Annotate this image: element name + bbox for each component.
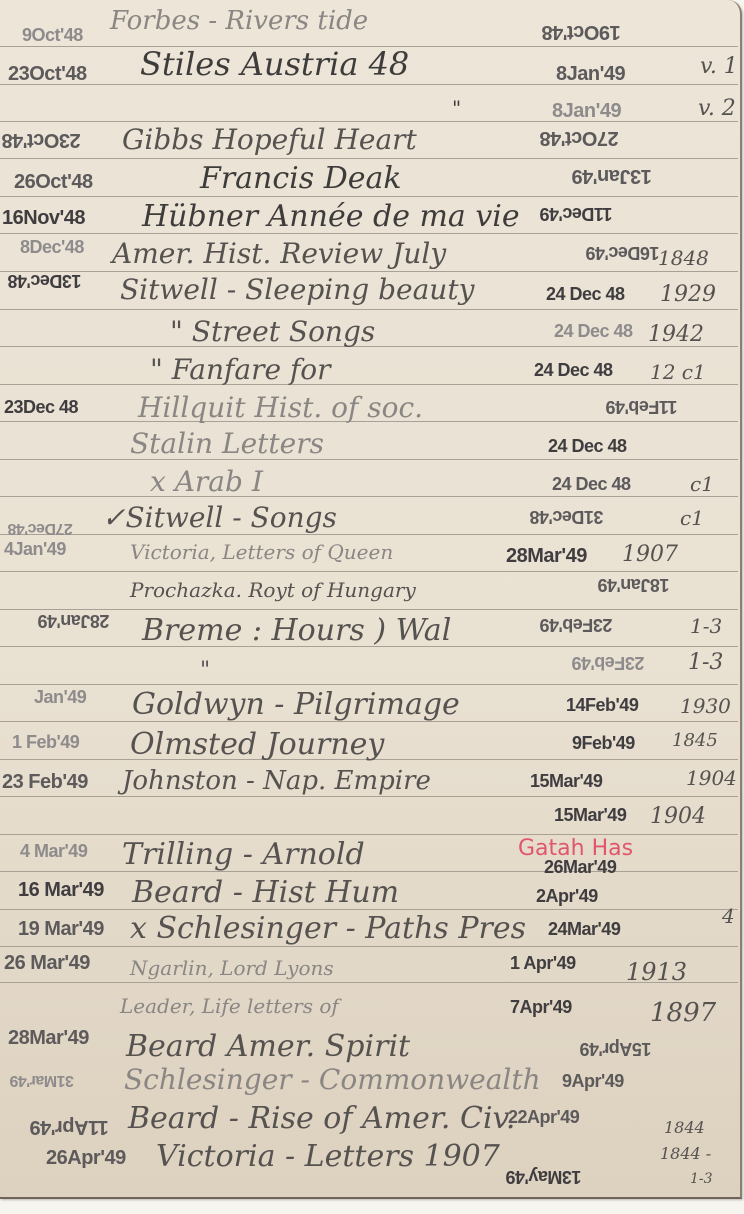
margin-note: v. 2	[698, 98, 736, 120]
right-date-stamp: 16Dec'49	[586, 244, 659, 262]
handwritten-title-entry: Prochazka. Royt of Hungary	[130, 580, 416, 600]
right-date-stamp: 13Jan'49	[572, 166, 652, 186]
margin-note: 1942	[648, 324, 704, 346]
handwritten-title-entry: Forbes - Rivers tide	[110, 8, 368, 34]
right-date-stamp: 13May'49	[506, 1168, 581, 1186]
left-date-stamp: 11Apr'49	[30, 1117, 109, 1137]
handwritten-title-entry: Breme : Hours ) Wal	[142, 616, 451, 646]
right-date-stamp: 22Apr'49	[508, 1108, 579, 1126]
right-date-stamp: 9Apr'49	[562, 1072, 624, 1090]
right-date-stamp: 11Dec'49	[540, 205, 612, 223]
left-date-stamp: 31Mar'49	[10, 1072, 74, 1088]
left-date-stamp: 1 Feb'49	[12, 733, 79, 751]
loan-record-card: 9Oct'4823Oct'4823Oct'4826Oct'4816Nov'488…	[0, 0, 742, 1199]
left-date-stamp: 16 Mar'49	[18, 880, 104, 900]
right-date-stamp: 24Mar'49	[548, 920, 620, 938]
margin-note: c1	[680, 508, 704, 528]
right-date-stamp: 15Mar'49	[554, 806, 626, 824]
margin-note: 1-3	[690, 616, 722, 636]
red-pencil-annotation: Gatah Has	[518, 838, 633, 860]
handwritten-title-entry: Goldwyn - Pilgrimage	[132, 690, 460, 720]
rule-line	[0, 121, 738, 122]
left-date-stamp: 13Dec'48	[8, 272, 81, 290]
left-date-stamp: 4 Mar'49	[20, 842, 87, 860]
handwritten-title-entry: Stalin Letters	[130, 430, 324, 458]
rule-line	[0, 871, 738, 872]
rule-line	[0, 196, 738, 197]
handwritten-title-entry: x Schlesinger - Paths Pres	[130, 914, 526, 944]
rule-line	[0, 796, 738, 797]
margin-note: 1-3	[688, 652, 723, 674]
handwritten-title-entry: Beard - Rise of Amer. Civ.	[128, 1104, 515, 1134]
handwritten-title-entry: Trilling - Arnold	[122, 840, 365, 870]
margin-note: 1844 -	[660, 1146, 711, 1162]
left-date-stamp: 26Oct'48	[14, 172, 93, 192]
handwritten-title-entry: " Street Songs	[170, 318, 375, 346]
handwritten-title-entry: Leader, Life letters of	[120, 996, 339, 1016]
handwritten-title-entry: "	[452, 98, 461, 118]
right-date-stamp: 27Oct'48	[540, 128, 619, 148]
right-date-stamp: 15Mar'49	[530, 772, 602, 790]
margin-note: 1844	[664, 1120, 705, 1136]
left-date-stamp: 28Jan'49	[38, 612, 109, 630]
left-date-stamp: 23Oct'48	[8, 64, 87, 84]
handwritten-title-entry: Victoria, Letters of Queen	[130, 542, 393, 562]
margin-note: 1-3	[690, 1172, 713, 1186]
margin-note: 1848	[658, 248, 709, 268]
handwritten-title-entry: Johnston - Nap. Empire	[122, 768, 431, 794]
right-date-stamp: 14Feb'49	[566, 696, 638, 714]
rule-line	[0, 384, 738, 385]
left-date-stamp: 27Dec'48	[8, 520, 73, 536]
margin-note: 12 c1	[650, 362, 706, 382]
handwritten-title-entry: Schlesinger - Commonwealth	[124, 1066, 541, 1094]
right-date-stamp: 8Jan'49	[556, 64, 625, 84]
right-date-stamp: 28Mar'49	[506, 546, 587, 566]
right-date-stamp: 18Jan'49	[598, 576, 669, 594]
left-date-stamp: 26 Mar'49	[4, 953, 90, 973]
rule-line	[0, 684, 738, 685]
rule-line	[0, 534, 738, 535]
right-date-stamp: 7Apr'49	[510, 998, 572, 1016]
rule-line	[0, 496, 738, 497]
handwritten-title-entry: Francis Deak	[200, 164, 402, 194]
handwritten-title-entry: Ngarlin, Lord Lyons	[130, 958, 334, 978]
margin-note: v. 1	[700, 56, 738, 78]
handwritten-title-entry: "	[200, 660, 210, 682]
rule-line	[0, 459, 738, 460]
right-date-stamp: 31Dec'48	[530, 508, 603, 526]
handwritten-title-entry: Sitwell - Sleeping beauty	[120, 276, 474, 304]
rule-line	[0, 834, 738, 835]
margin-note: 1904	[650, 806, 706, 828]
handwritten-title-entry: Amer. Hist. Review July	[112, 240, 446, 268]
left-date-stamp: Jan'49	[34, 688, 86, 706]
right-date-stamp: 1 Apr'49	[510, 954, 576, 972]
left-date-stamp: 19 Mar'49	[18, 919, 104, 939]
right-date-stamp: 15Apr'49	[580, 1040, 651, 1058]
rule-line	[0, 271, 738, 272]
rule-line	[0, 158, 738, 159]
handwritten-title-entry: Beard Amer. Spirit	[126, 1032, 410, 1062]
left-date-stamp: 23Oct'48	[2, 130, 81, 150]
margin-note: 1897	[650, 1000, 716, 1026]
left-date-stamp: 23 Feb'49	[2, 772, 88, 792]
rule-line	[0, 609, 738, 610]
rule-line	[0, 571, 738, 572]
left-date-stamp: 28Mar'49	[8, 1028, 89, 1048]
right-date-stamp: 23Feb'49	[572, 654, 644, 672]
handwritten-title-entry: ✓Sitwell - Songs	[102, 504, 337, 532]
rule-line	[0, 84, 738, 85]
right-date-stamp: 23Feb'49	[540, 616, 612, 634]
handwritten-title-entry: Beard - Hist Hum	[132, 878, 399, 908]
right-date-stamp: 19Oct'48	[542, 22, 621, 42]
rule-line	[0, 309, 738, 310]
left-date-stamp: 8Dec'48	[20, 238, 84, 256]
left-date-stamp: 16Nov'48	[2, 208, 85, 228]
right-date-stamp: 11Feb'49	[606, 398, 677, 416]
margin-note: 1904	[686, 768, 737, 788]
handwritten-title-entry: " Fanfare for	[150, 356, 331, 384]
left-date-stamp: 26Apr'49	[46, 1148, 126, 1168]
handwritten-title-entry: Victoria - Letters 1907	[156, 1142, 500, 1172]
handwritten-title-entry: Olmsted Journey	[130, 730, 384, 760]
handwritten-title-entry: Hübner Année de ma vie	[142, 202, 520, 232]
right-date-stamp: 8Jan'49	[552, 101, 621, 121]
margin-note: 1930	[680, 696, 731, 716]
margin-note: 1907	[622, 544, 678, 566]
right-date-stamp: 24 Dec 48	[546, 285, 625, 303]
handwritten-title-entry: Stiles Austria 48	[140, 48, 409, 80]
left-date-stamp: 4Jan'49	[4, 540, 66, 558]
margin-note: 1929	[660, 284, 716, 306]
right-date-stamp: 9Feb'49	[572, 734, 635, 752]
handwritten-title-entry: x Arab I	[150, 468, 263, 496]
right-date-stamp: 24 Dec 48	[548, 437, 627, 455]
margin-note: 4	[722, 906, 735, 926]
rule-line	[0, 946, 738, 947]
right-date-stamp: 24 Dec 48	[552, 475, 631, 493]
margin-note: 1845	[672, 732, 718, 750]
margin-note: 1913	[626, 960, 687, 984]
handwritten-title-entry: Hillquit Hist. of soc.	[138, 394, 423, 422]
left-date-stamp: 9Oct'48	[22, 26, 83, 44]
right-date-stamp: 24 Dec 48	[554, 322, 633, 340]
left-date-stamp: 23Dec 48	[4, 398, 78, 416]
right-date-stamp: 2Apr'49	[536, 887, 598, 905]
handwritten-title-entry: Gibbs Hopeful Heart	[122, 126, 417, 154]
margin-note: c1	[690, 474, 714, 494]
right-date-stamp: 24 Dec 48	[534, 361, 613, 379]
